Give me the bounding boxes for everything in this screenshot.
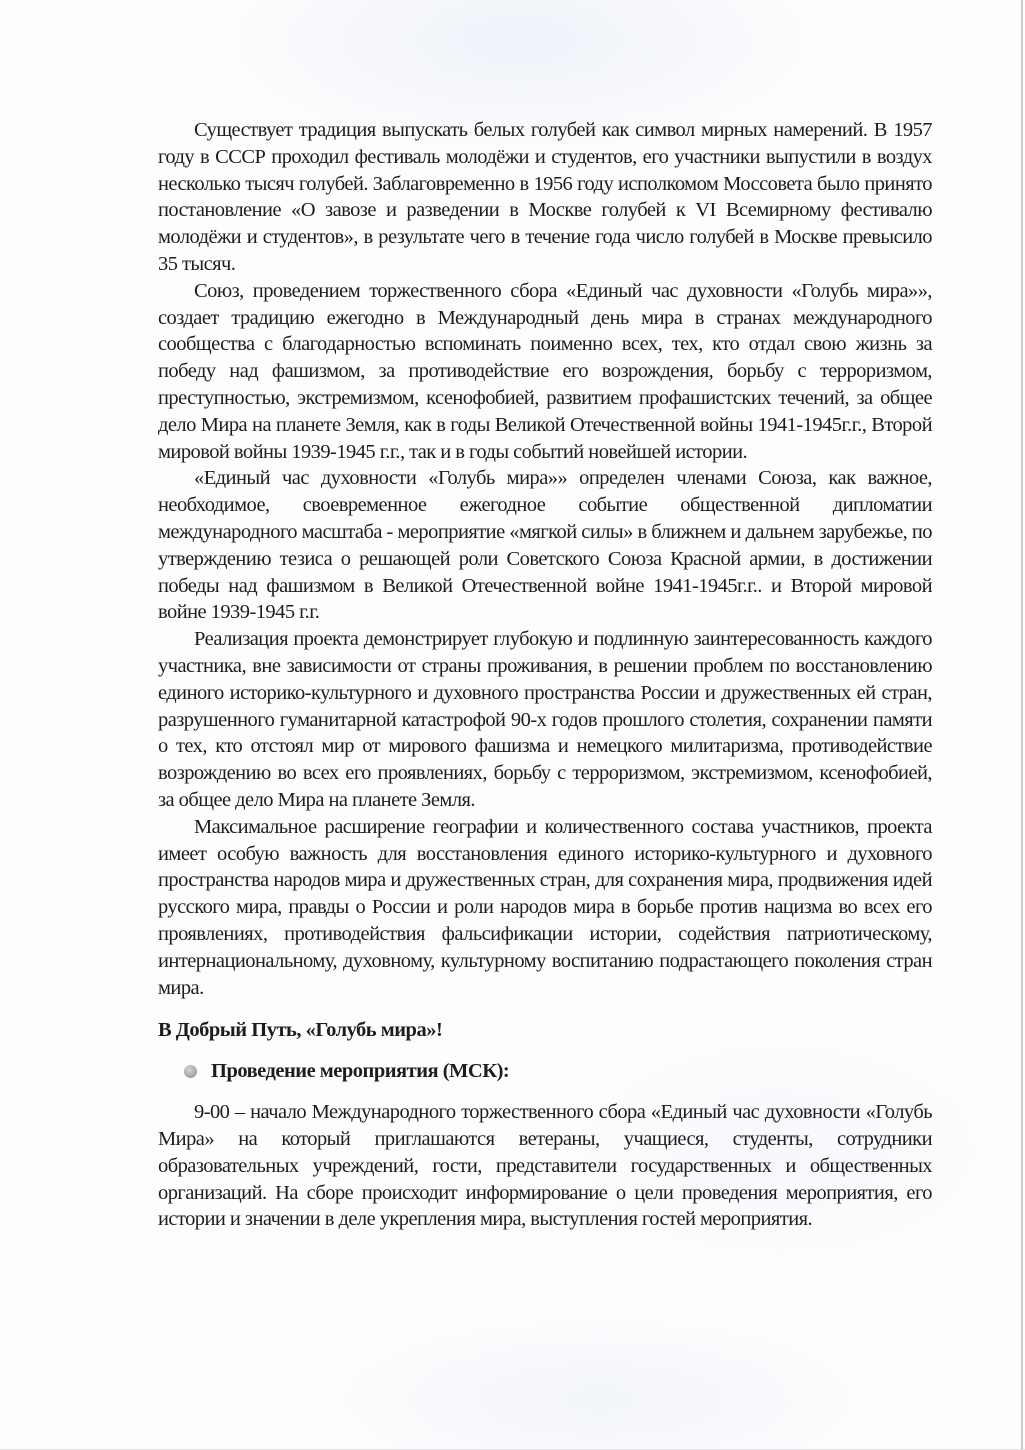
page-edge-shadow (1021, 0, 1023, 1450)
paragraph-project-realization: Реализация проекта демонстрирует глубоку… (158, 626, 932, 814)
bullet-icon (184, 1065, 197, 1078)
paragraph-expansion-importance: Максимальное расширение географии и коли… (158, 814, 932, 1002)
schedule-paragraph: 9-00 – начало Международного торжественн… (158, 1099, 932, 1233)
paragraph-dove-tradition: Существует традиция выпускать белых голу… (158, 117, 932, 278)
paragraph-union-tradition: Союз, проведением торжественного сбора «… (158, 278, 932, 466)
closing-slogan: В Добрый Путь, «Голубь мира»! (158, 1017, 932, 1043)
scanned-page: Существует традиция выпускать белых голу… (0, 0, 1025, 1450)
document-body: Существует традиция выпускать белых голу… (158, 117, 932, 1233)
section-heading: Проведение мероприятия (МСК): (158, 1058, 932, 1084)
section-title: Проведение мероприятия (МСК): (211, 1058, 509, 1084)
paragraph-event-significance: «Единый час духовности «Голубь мира»» оп… (158, 465, 932, 626)
